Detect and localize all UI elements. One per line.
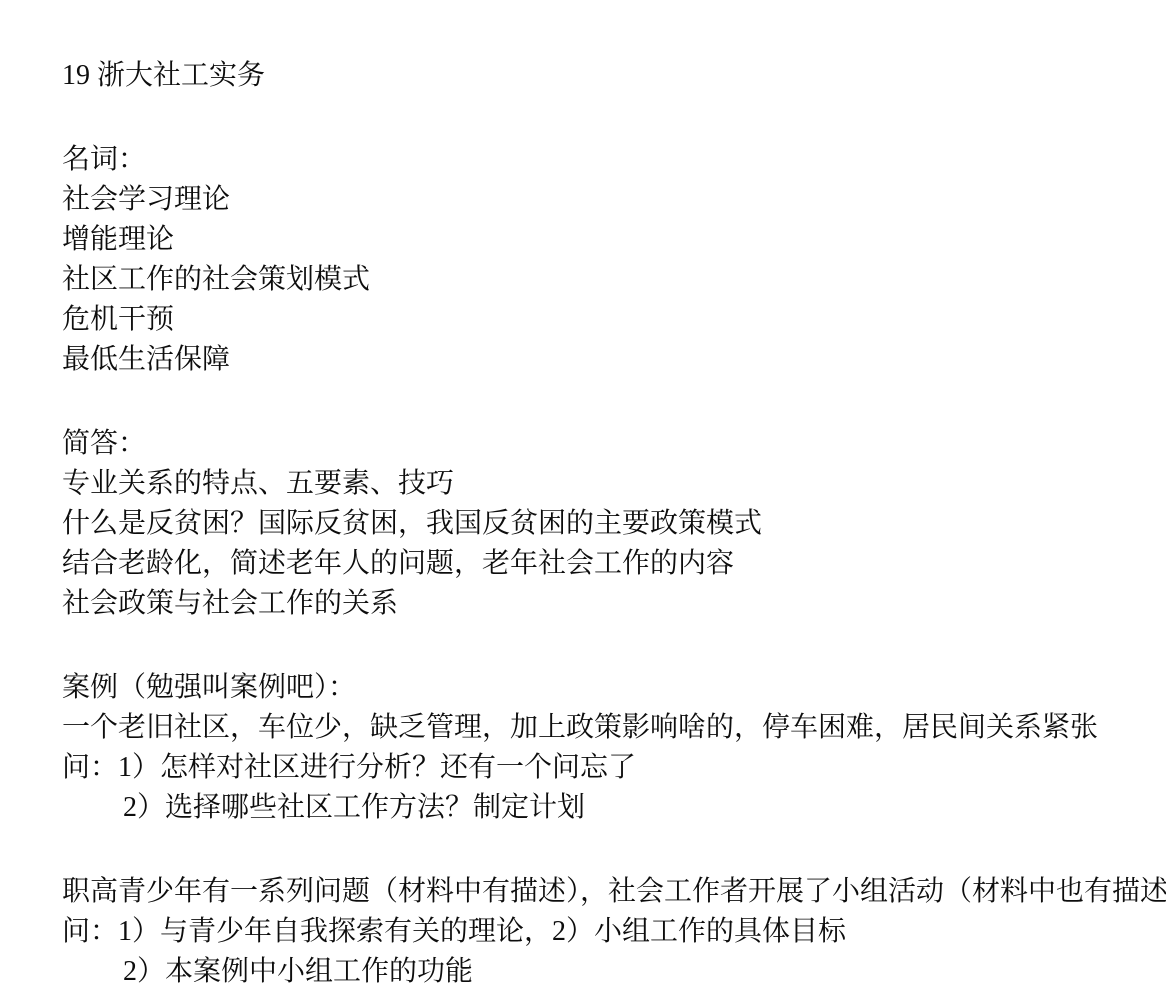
section-heading-case: 案例（勉强叫案例吧）： xyxy=(62,668,1150,708)
case-question-line: 2）选择哪些社区工作方法？制定计划 xyxy=(62,788,1150,828)
short-answer-item: 专业关系的特点、五要素、技巧 xyxy=(62,464,1150,504)
section-heading-short-answer: 简答： xyxy=(62,424,1150,464)
term-item: 社区工作的社会策划模式 xyxy=(62,260,1150,300)
document-title: 19 浙大社工实务 xyxy=(62,56,1150,96)
term-item: 社会学习理论 xyxy=(62,180,1150,220)
section-short-answer: 简答： 专业关系的特点、五要素、技巧 什么是反贫困？国际反贫困，我国反贫困的主要… xyxy=(62,424,1150,624)
section-case-2: 职高青少年有一系列问题（材料中有描述），社会工作者开展了小组活动（材料中也有描述… xyxy=(62,872,1150,992)
section-heading-terms: 名词： xyxy=(62,140,1150,180)
term-item: 危机干预 xyxy=(62,300,1150,340)
short-answer-item: 什么是反贫困？国际反贫困，我国反贫困的主要政策模式 xyxy=(62,504,1150,544)
term-item: 增能理论 xyxy=(62,220,1150,260)
short-answer-item: 结合老龄化，简述老年人的问题，老年社会工作的内容 xyxy=(62,544,1150,584)
short-answer-item: 社会政策与社会工作的关系 xyxy=(62,584,1150,624)
section-case-1: 案例（勉强叫案例吧）： 一个老旧社区，车位少，缺乏管理，加上政策影响啥的，停车困… xyxy=(62,668,1150,828)
section-terms: 名词： 社会学习理论 增能理论 社区工作的社会策划模式 危机干预 最低生活保障 xyxy=(62,140,1150,380)
document-page: 19 浙大社工实务 名词： 社会学习理论 增能理论 社区工作的社会策划模式 危机… xyxy=(0,0,1166,1002)
case-question-line: 问：1）怎样对社区进行分析？还有一个问忘了 xyxy=(62,748,1150,788)
case-description: 一个老旧社区，车位少，缺乏管理，加上政策影响啥的，停车困难，居民间关系紧张 xyxy=(62,708,1150,748)
case-question-line: 2）本案例中小组工作的功能 xyxy=(62,952,1150,992)
term-item: 最低生活保障 xyxy=(62,340,1150,380)
case-question-line: 问：1）与青少年自我探索有关的理论，2）小组工作的具体目标 xyxy=(62,912,1150,952)
case-description: 职高青少年有一系列问题（材料中有描述），社会工作者开展了小组活动（材料中也有描述… xyxy=(62,872,1150,912)
